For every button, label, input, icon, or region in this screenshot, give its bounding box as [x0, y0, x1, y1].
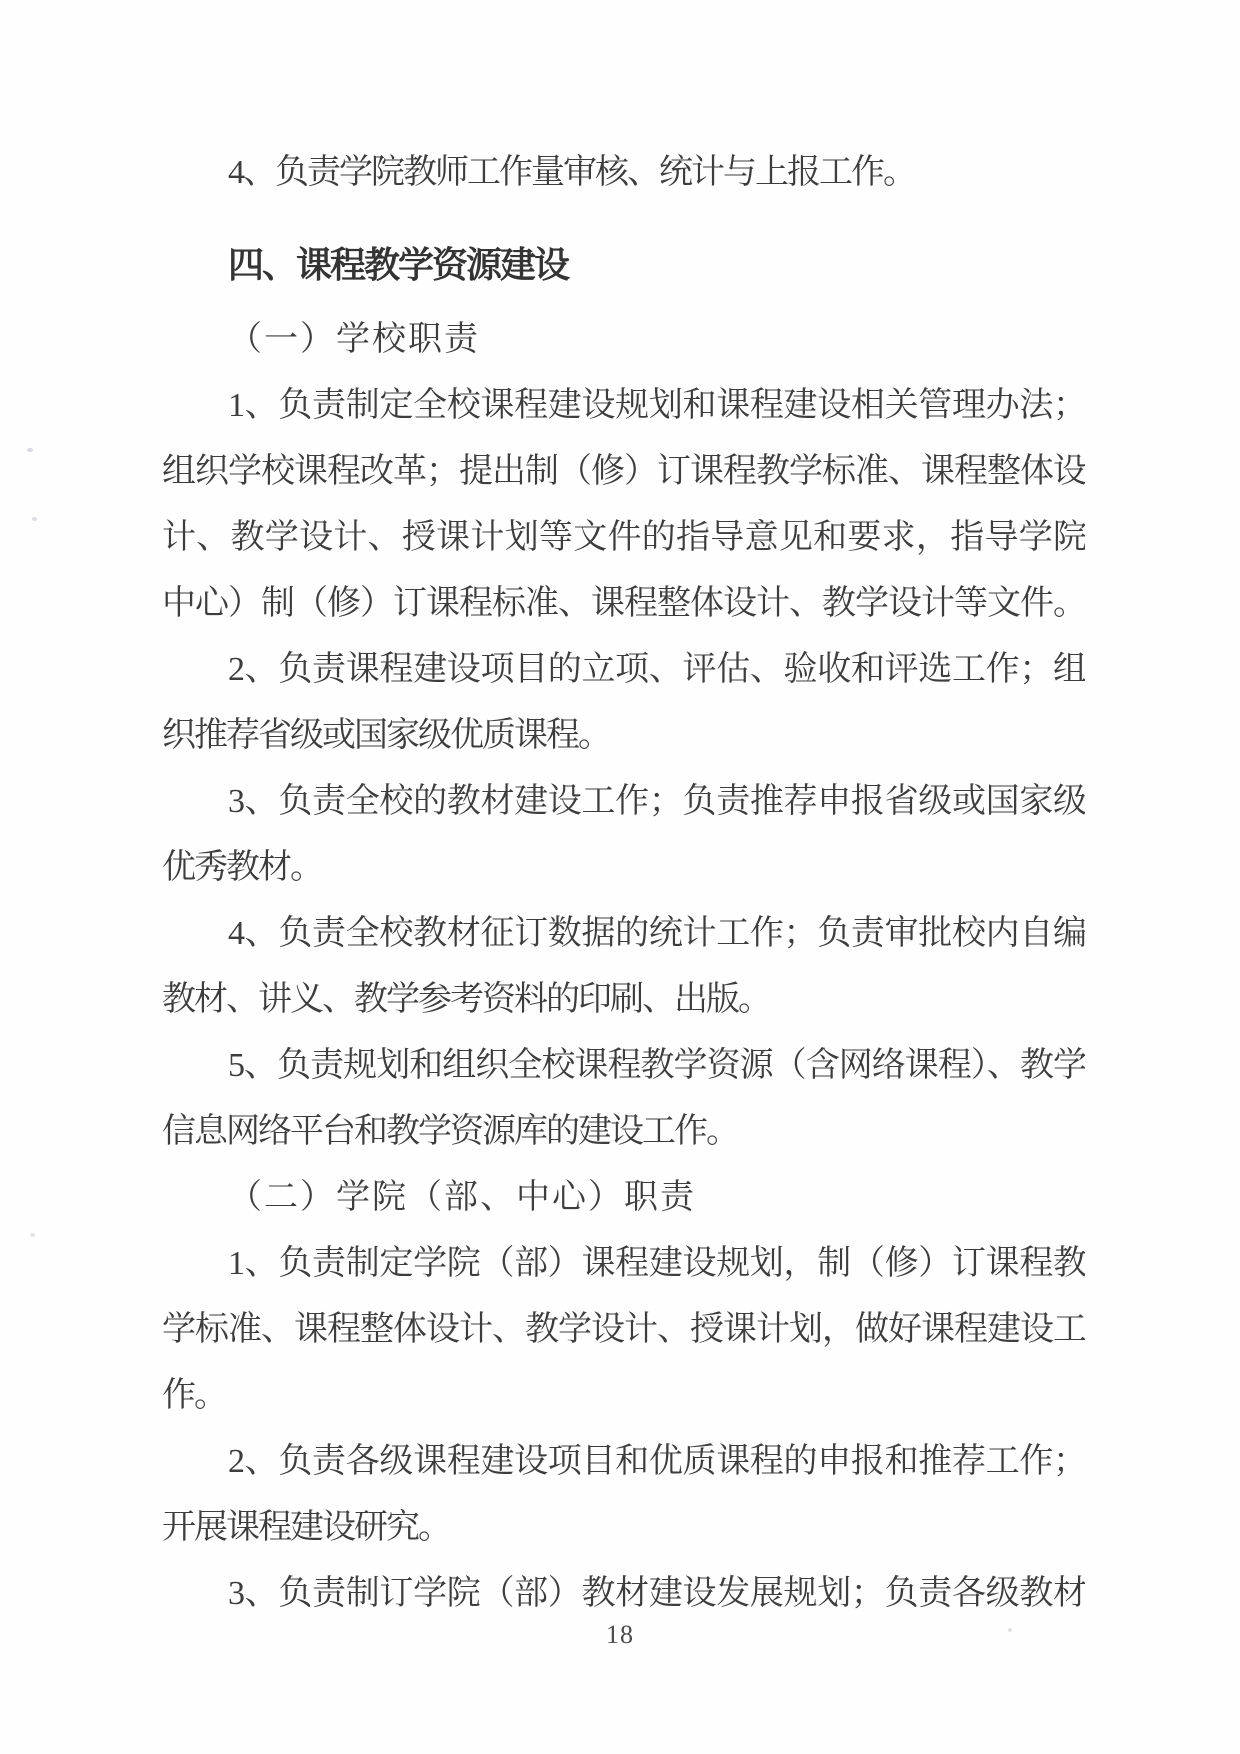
paragraph-line: 3、负责全校的教材建设工作；负责推荐申报省级或国家级	[162, 769, 1085, 835]
paragraph-line: 2、负责课程建设项目的立项、评估、验收和评选工作；组	[162, 637, 1085, 703]
paragraph-line: 5、负责规划和组织全校课程教学资源（含网络课程）、教学	[162, 1033, 1085, 1099]
subsection-heading: （二）学院（部、中心）职责	[162, 1165, 1085, 1231]
paragraph-line: 3、负责制订学院（部）教材建设发展规划；负责各级教材	[162, 1561, 1085, 1627]
text-block: 4、负责学院教师工作量审核、统计与上报工作。 四、课程教学资源建设 （一）学校职…	[162, 140, 1085, 1627]
paragraph-line: 计、教学设计、授课计划等文件的指导意见和要求，指导学院（部、	[162, 505, 1085, 571]
page-number: 18	[0, 1620, 1240, 1650]
paragraph-line: 2、负责各级课程建设项目和优质课程的申报和推荐工作；	[162, 1429, 1085, 1495]
scan-speck	[30, 1233, 35, 1237]
paragraph-line: 中心）制（修）订课程标准、课程整体设计、教学设计等文件。	[162, 571, 1085, 637]
paragraph-line: 组织学校课程改革；提出制（修）订课程教学标准、课程整体设	[162, 439, 1085, 505]
scan-speck	[32, 517, 37, 521]
paragraph-line: 4、负责全校教材征订数据的统计工作；负责审批校内自编	[162, 901, 1085, 967]
scan-speck	[1008, 1628, 1012, 1632]
document-page: 4、负责学院教师工作量审核、统计与上报工作。 四、课程教学资源建设 （一）学校职…	[0, 0, 1240, 1754]
scan-speck	[27, 448, 33, 452]
paragraph-line: 信息网络平台和教学资源库的建设工作。	[162, 1099, 1085, 1165]
paragraph-line: 学标准、课程整体设计、教学设计、授课计划，做好课程建设工	[162, 1297, 1085, 1363]
paragraph-line: 开展课程建设研究。	[162, 1495, 1085, 1561]
paragraph-line: 4、负责学院教师工作量审核、统计与上报工作。	[162, 140, 1085, 206]
paragraph-line: 织推荐省级或国家级优质课程。	[162, 703, 1085, 769]
paragraph-line: 1、负责制定学院（部）课程建设规划，制（修）订课程教	[162, 1231, 1085, 1297]
paragraph-line: 优秀教材。	[162, 835, 1085, 901]
subsection-heading: （一）学校职责	[162, 307, 1085, 373]
paragraph-line: 作。	[162, 1363, 1085, 1429]
section-heading: 四、课程教学资源建设	[162, 232, 1085, 298]
paragraph-line: 1、负责制定全校课程建设规划和课程建设相关管理办法；	[162, 373, 1085, 439]
paragraph-line: 教材、讲义、教学参考资料的印刷、出版。	[162, 967, 1085, 1033]
